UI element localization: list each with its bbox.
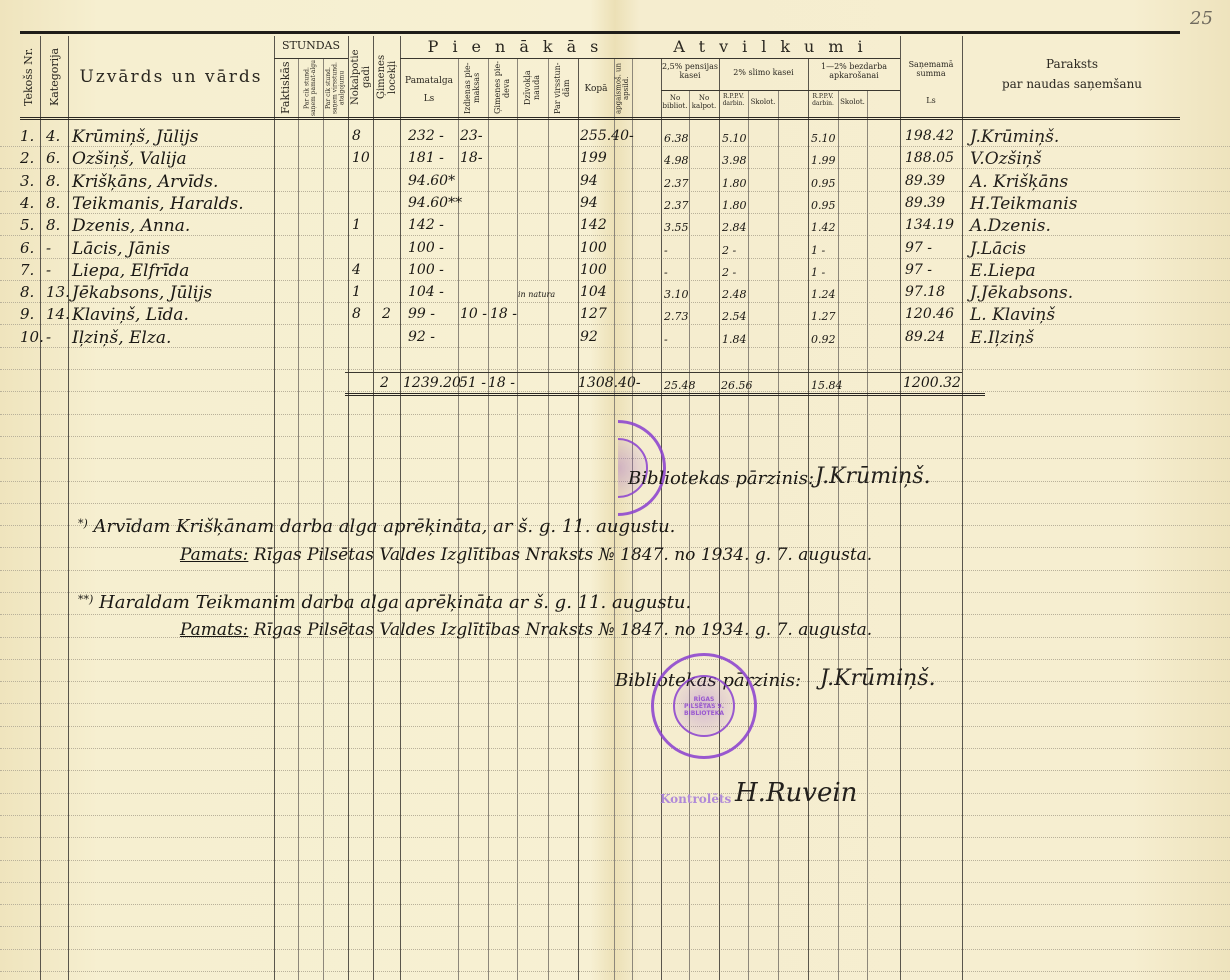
row-category: 6. xyxy=(46,151,60,166)
ruled-line xyxy=(0,436,1230,437)
row-name: Dzenis, Anna. xyxy=(72,218,190,235)
row-number: 9. xyxy=(20,307,34,322)
row-years: 8 xyxy=(352,307,361,321)
row-years: 1 xyxy=(352,285,361,299)
row-base-salary: 92 - xyxy=(408,330,435,344)
total-pensijas: 25.48 xyxy=(664,380,696,391)
ruled-line xyxy=(0,503,1230,504)
row-signature: J.Lācis xyxy=(970,241,1026,258)
row-category: - xyxy=(46,330,51,345)
row-pension: - xyxy=(664,267,668,278)
page-number: 25 xyxy=(1190,8,1213,29)
ruled-line xyxy=(0,369,1230,370)
ruled-line xyxy=(0,770,1230,771)
ruled-line xyxy=(0,860,1230,861)
row-housing: in natura xyxy=(518,291,555,299)
approval-2-signature: J.Krūmiņš. xyxy=(820,668,936,690)
ruled-line xyxy=(0,904,1230,905)
ruled-line xyxy=(0,458,1230,459)
row-name: Liepa, Elfrīda xyxy=(72,263,189,280)
row-unemployment: 1 - xyxy=(811,267,825,278)
col-divider xyxy=(867,90,868,980)
row-net-sum: 188.05 xyxy=(905,151,954,165)
row-sick-fund: 2 - xyxy=(722,267,736,278)
header-stundas: STUNDAS xyxy=(274,40,348,53)
header-par-virsstundam: Par virsstun-dām xyxy=(550,60,576,116)
total-summa: 1200.32 xyxy=(903,376,961,390)
row-number: 8. xyxy=(20,285,34,300)
row-base-salary: 181 - xyxy=(408,151,444,165)
col-divider xyxy=(808,58,809,980)
header-line xyxy=(661,90,900,91)
row-total: 104 xyxy=(580,285,607,299)
row-sick-fund: 2.54 xyxy=(722,311,747,322)
row-seniority: 10 - xyxy=(460,307,487,321)
row-unemployment: 0.92 xyxy=(811,334,836,345)
col-divider xyxy=(348,36,349,980)
row-name: Iļziņš, Elza. xyxy=(72,330,171,347)
row-total: 127 xyxy=(580,307,607,321)
row-net-sum: 97.18 xyxy=(905,285,945,299)
totals-line xyxy=(345,372,962,373)
col-divider xyxy=(274,36,275,980)
col-divider xyxy=(400,36,401,980)
header-line xyxy=(274,58,348,59)
row-number: 3. xyxy=(20,174,34,189)
row-name: Krūmiņš, Jūlijs xyxy=(72,129,198,146)
row-net-sum: 89.39 xyxy=(905,196,945,210)
col-divider xyxy=(900,36,901,980)
note-1-basis: Pamats: Rīgas Pilsētas Valdes Izglītības… xyxy=(180,547,872,564)
col-divider xyxy=(748,90,749,980)
row-net-sum: 89.39 xyxy=(905,174,945,188)
row-signature: A. Krišķāns xyxy=(970,174,1068,191)
row-sick-fund: 1.80 xyxy=(722,178,747,189)
row-base-salary: 100 - xyxy=(408,263,444,277)
row-pension: 4.98 xyxy=(664,155,689,166)
row-signature: V.Ozšiņš xyxy=(970,151,1041,168)
ruled-line xyxy=(0,258,1230,259)
row-unemployment: 1.27 xyxy=(811,311,836,322)
row-pension: - xyxy=(664,334,668,345)
row-pension: 3.10 xyxy=(664,289,689,300)
note-2-basis-text: Rīgas Pilsētas Valdes Izglītības Nraksts… xyxy=(254,620,872,640)
row-number: 6. xyxy=(20,241,34,256)
header-tekoss-nr: Tekošs Nr. xyxy=(18,38,40,116)
header-kopa: Kopā xyxy=(578,84,614,94)
library-stamp-2: RĪGAS PILSĒTAS 9. BIBLIOTEKA xyxy=(651,653,757,759)
row-base-salary: 142 - xyxy=(408,218,444,232)
row-pension: - xyxy=(664,245,668,256)
header-slimo-skolot: Skolot. xyxy=(748,98,778,106)
total-pamatalga: 1239.20 xyxy=(403,376,461,390)
col-divider xyxy=(962,36,963,980)
header-top-border xyxy=(20,31,1180,34)
ruled-line xyxy=(0,614,1230,615)
row-name: Ozšiņš, Valija xyxy=(72,151,187,168)
ruled-line xyxy=(0,414,1230,415)
row-net-sum: 198.42 xyxy=(905,129,954,143)
row-seniority: 18- xyxy=(460,151,483,165)
header-name: Uzvārds un vārds xyxy=(68,68,274,88)
row-net-sum: 97 - xyxy=(905,263,932,277)
row-unemployment: 0.95 xyxy=(811,200,836,211)
row-family: 2 xyxy=(382,307,391,321)
row-number: 1. xyxy=(20,129,34,144)
row-base-salary: 94.60* xyxy=(408,174,455,188)
row-years: 10 xyxy=(352,151,370,165)
stamp-emblem: RĪGAS PILSĒTAS 9. BIBLIOTEKA xyxy=(673,675,735,737)
row-number: 2. xyxy=(20,151,34,166)
note-1-basis-text: Rīgas Pilsētas Valdes Izglītības Nraksts… xyxy=(254,545,872,565)
note-2-text: **) Haraldam Teikmanim darba alga aprēķi… xyxy=(78,594,691,612)
row-total: 94 xyxy=(580,196,598,210)
total-bezdarba: 15.84 xyxy=(811,380,843,391)
row-category: - xyxy=(46,241,51,256)
row-unemployment: 1.24 xyxy=(811,289,836,300)
approval-1-label: Bibliotekas pārzinis: xyxy=(628,470,814,488)
header-nokalpotie-gadi: Nokalpotie gadi xyxy=(350,38,372,116)
row-category: 4. xyxy=(46,129,60,144)
ruled-line xyxy=(0,882,1230,883)
header-bezdarba: 1—2% bezdarba apkarošanai xyxy=(808,62,900,80)
row-sick-fund: 2.84 xyxy=(722,222,747,233)
note-1-text: *) Arvīdam Krišķānam darba alga aprēķinā… xyxy=(78,518,675,536)
ruled-line xyxy=(0,726,1230,727)
header-bezdarba-rppv: R.P.P.V. darbin. xyxy=(808,94,838,108)
header-paraksts: Paraksts xyxy=(962,58,1182,72)
header-gimenes-piedeva: Ģimenes pie-deva xyxy=(490,60,516,116)
ruled-line xyxy=(0,347,1230,348)
header-pienakas: Pienākās xyxy=(420,38,620,56)
row-total: 100 xyxy=(580,241,607,255)
total-gimenes: 18 - xyxy=(488,376,515,390)
col-divider xyxy=(689,90,690,980)
note-1-basis-label: Pamats: xyxy=(180,545,248,565)
header-paraksts-sub: par naudas saņemšanu xyxy=(962,78,1182,92)
row-signature: J.Jēkabsons. xyxy=(970,285,1073,302)
row-base-salary: 99 - xyxy=(408,307,435,321)
row-unemployment: 1 - xyxy=(811,245,825,256)
row-name: Klaviņš, Līda. xyxy=(72,307,189,324)
row-base-salary: 232 - xyxy=(408,129,444,143)
header-par-cik-virsstund: Par cik stund. saņem virsstund. atalgoju… xyxy=(325,60,347,116)
ruled-line xyxy=(0,793,1230,794)
row-total: 100 xyxy=(580,263,607,277)
header-gimenes-locekli: Ģimenes locekļi xyxy=(376,38,398,116)
row-sick-fund: 2 - xyxy=(722,245,736,256)
row-unemployment: 1.99 xyxy=(811,155,836,166)
row-name: Teikmanis, Haralds. xyxy=(72,196,244,213)
header-faktiskas: Faktiskās xyxy=(276,60,296,116)
total-slimo: 26.56 xyxy=(721,380,753,391)
row-sick-fund: 2.48 xyxy=(722,289,747,300)
total-izdienas: 51 - xyxy=(459,376,486,390)
header-pensijas: 2,5% pensijas kasei xyxy=(661,62,719,80)
col-divider xyxy=(373,36,374,980)
control-signature: H.Ruvein xyxy=(735,780,857,806)
col-divider xyxy=(778,90,779,980)
row-total: 94 xyxy=(580,174,598,188)
header-pamatalga-unit: Ls xyxy=(400,94,458,104)
row-years: 8 xyxy=(352,129,361,143)
row-signature: E.Liepa xyxy=(970,263,1036,280)
col-divider xyxy=(40,36,41,980)
row-category: 13. xyxy=(46,285,70,300)
row-signature: H.Teikmanis xyxy=(970,196,1077,213)
row-name: Lācis, Jānis xyxy=(72,241,170,258)
row-category: - xyxy=(46,263,51,278)
note-2-basis: Pamats: Rīgas Pilsētas Valdes Izglītības… xyxy=(180,622,872,639)
note-1-mark: *) xyxy=(78,517,88,530)
header-apgaismosana: apgaismoš. un apsild. xyxy=(615,60,631,116)
row-net-sum: 89.24 xyxy=(905,330,945,344)
header-slimo-rppv: R.P.P.V. darbin. xyxy=(719,94,748,108)
row-category: 14. xyxy=(46,307,70,322)
row-pension: 6.38 xyxy=(664,133,689,144)
row-number: 10. xyxy=(20,330,44,345)
row-base-salary: 94.60** xyxy=(408,196,462,210)
col-divider xyxy=(68,36,69,980)
row-base-salary: 100 - xyxy=(408,241,444,255)
row-unemployment: 5.10 xyxy=(811,133,836,144)
header-pamatalga: Pamatalga xyxy=(400,76,458,86)
row-total: 199 xyxy=(580,151,607,165)
ruled-line xyxy=(0,570,1230,571)
row-total: 255.40- xyxy=(580,129,634,143)
row-pension: 2.73 xyxy=(664,311,689,322)
row-category: 8. xyxy=(46,174,60,189)
row-number: 5. xyxy=(20,218,34,233)
col-divider xyxy=(838,90,839,980)
ruled-line xyxy=(0,481,1230,482)
header-bottom-border xyxy=(20,117,1180,120)
row-base-salary: 104 - xyxy=(408,285,444,299)
total-kopa: 1308.40- xyxy=(578,376,641,390)
row-signature: L. Klaviņš xyxy=(970,307,1055,324)
row-signature: E.Iļziņš xyxy=(970,330,1034,347)
ruled-line xyxy=(0,391,1230,392)
header-kategorija: Kategorija xyxy=(44,38,66,116)
ruled-line xyxy=(0,837,1230,838)
totals-double-line xyxy=(345,393,985,396)
ruled-line xyxy=(0,659,1230,660)
row-net-sum: 120.46 xyxy=(905,307,954,321)
note-2-basis-label: Pamats: xyxy=(180,620,248,640)
row-sick-fund: 5.10 xyxy=(722,133,747,144)
row-pension: 2.37 xyxy=(664,200,689,211)
row-name: Jēkabsons, Jūlijs xyxy=(72,285,212,302)
row-name: Krišķāns, Arvīds. xyxy=(72,174,218,191)
approval-1-signature: J.Krūmiņš. xyxy=(815,466,931,488)
header-atvilkumi: Atvilkumi xyxy=(650,38,900,56)
col-divider xyxy=(719,58,720,980)
row-signature: A.Dzenis. xyxy=(970,218,1051,235)
row-family-bonus: 18 - xyxy=(490,307,517,321)
row-number: 4. xyxy=(20,196,34,211)
row-years: 1 xyxy=(352,218,361,232)
control-label: Kontrolēts xyxy=(660,792,731,806)
row-net-sum: 134.19 xyxy=(905,218,954,232)
header-pensijas-bibliot: No bibliot. xyxy=(661,94,689,110)
header-sanemama-summa: Saņemamā summa xyxy=(900,60,962,78)
row-category: 8. xyxy=(46,196,60,211)
row-total: 142 xyxy=(580,218,607,232)
row-sick-fund: 1.80 xyxy=(722,200,747,211)
row-number: 7. xyxy=(20,263,34,278)
row-signature: J.Krūmiņš. xyxy=(970,129,1059,146)
row-unemployment: 0.95 xyxy=(811,178,836,189)
header-sanemama-unit: Ls xyxy=(900,96,962,105)
ruled-line xyxy=(0,748,1230,749)
row-pension: 2.37 xyxy=(664,178,689,189)
row-net-sum: 97 - xyxy=(905,241,932,255)
note-2-mark: **) xyxy=(78,593,93,606)
header-izdienas-piemaksa: Izdienas pie-maksas xyxy=(460,60,486,116)
ruled-line xyxy=(0,815,1230,816)
ruled-line xyxy=(0,949,1230,950)
header-dzivokla-nauda: Dzīvokļa nauda xyxy=(519,60,547,116)
header-line xyxy=(400,58,900,59)
row-total: 92 xyxy=(580,330,598,344)
header-slimo: 2% slimo kasei xyxy=(719,68,808,77)
ruled-line xyxy=(0,703,1230,704)
row-sick-fund: 3.98 xyxy=(722,155,747,166)
ledger-page: 25 Tekošs Nr. Kategorija Uzvārds un vārd… xyxy=(0,0,1230,980)
row-years: 4 xyxy=(352,263,361,277)
row-pension: 3.55 xyxy=(664,222,689,233)
row-category: 8. xyxy=(46,218,60,233)
row-sick-fund: 1.84 xyxy=(722,334,747,345)
row-seniority: 23- xyxy=(460,129,483,143)
header-par-cik-pamatalgu: Par cik stund. saņem pamat-algu xyxy=(300,60,322,116)
ruled-line xyxy=(0,926,1230,927)
header-pensijas-kalpot: No kalpot. xyxy=(689,94,719,110)
header-bezdarba-skolot: Skolot. xyxy=(838,98,867,106)
row-unemployment: 1.42 xyxy=(811,222,836,233)
ruled-line xyxy=(0,971,1230,972)
total-locekli: 2 xyxy=(380,376,389,390)
